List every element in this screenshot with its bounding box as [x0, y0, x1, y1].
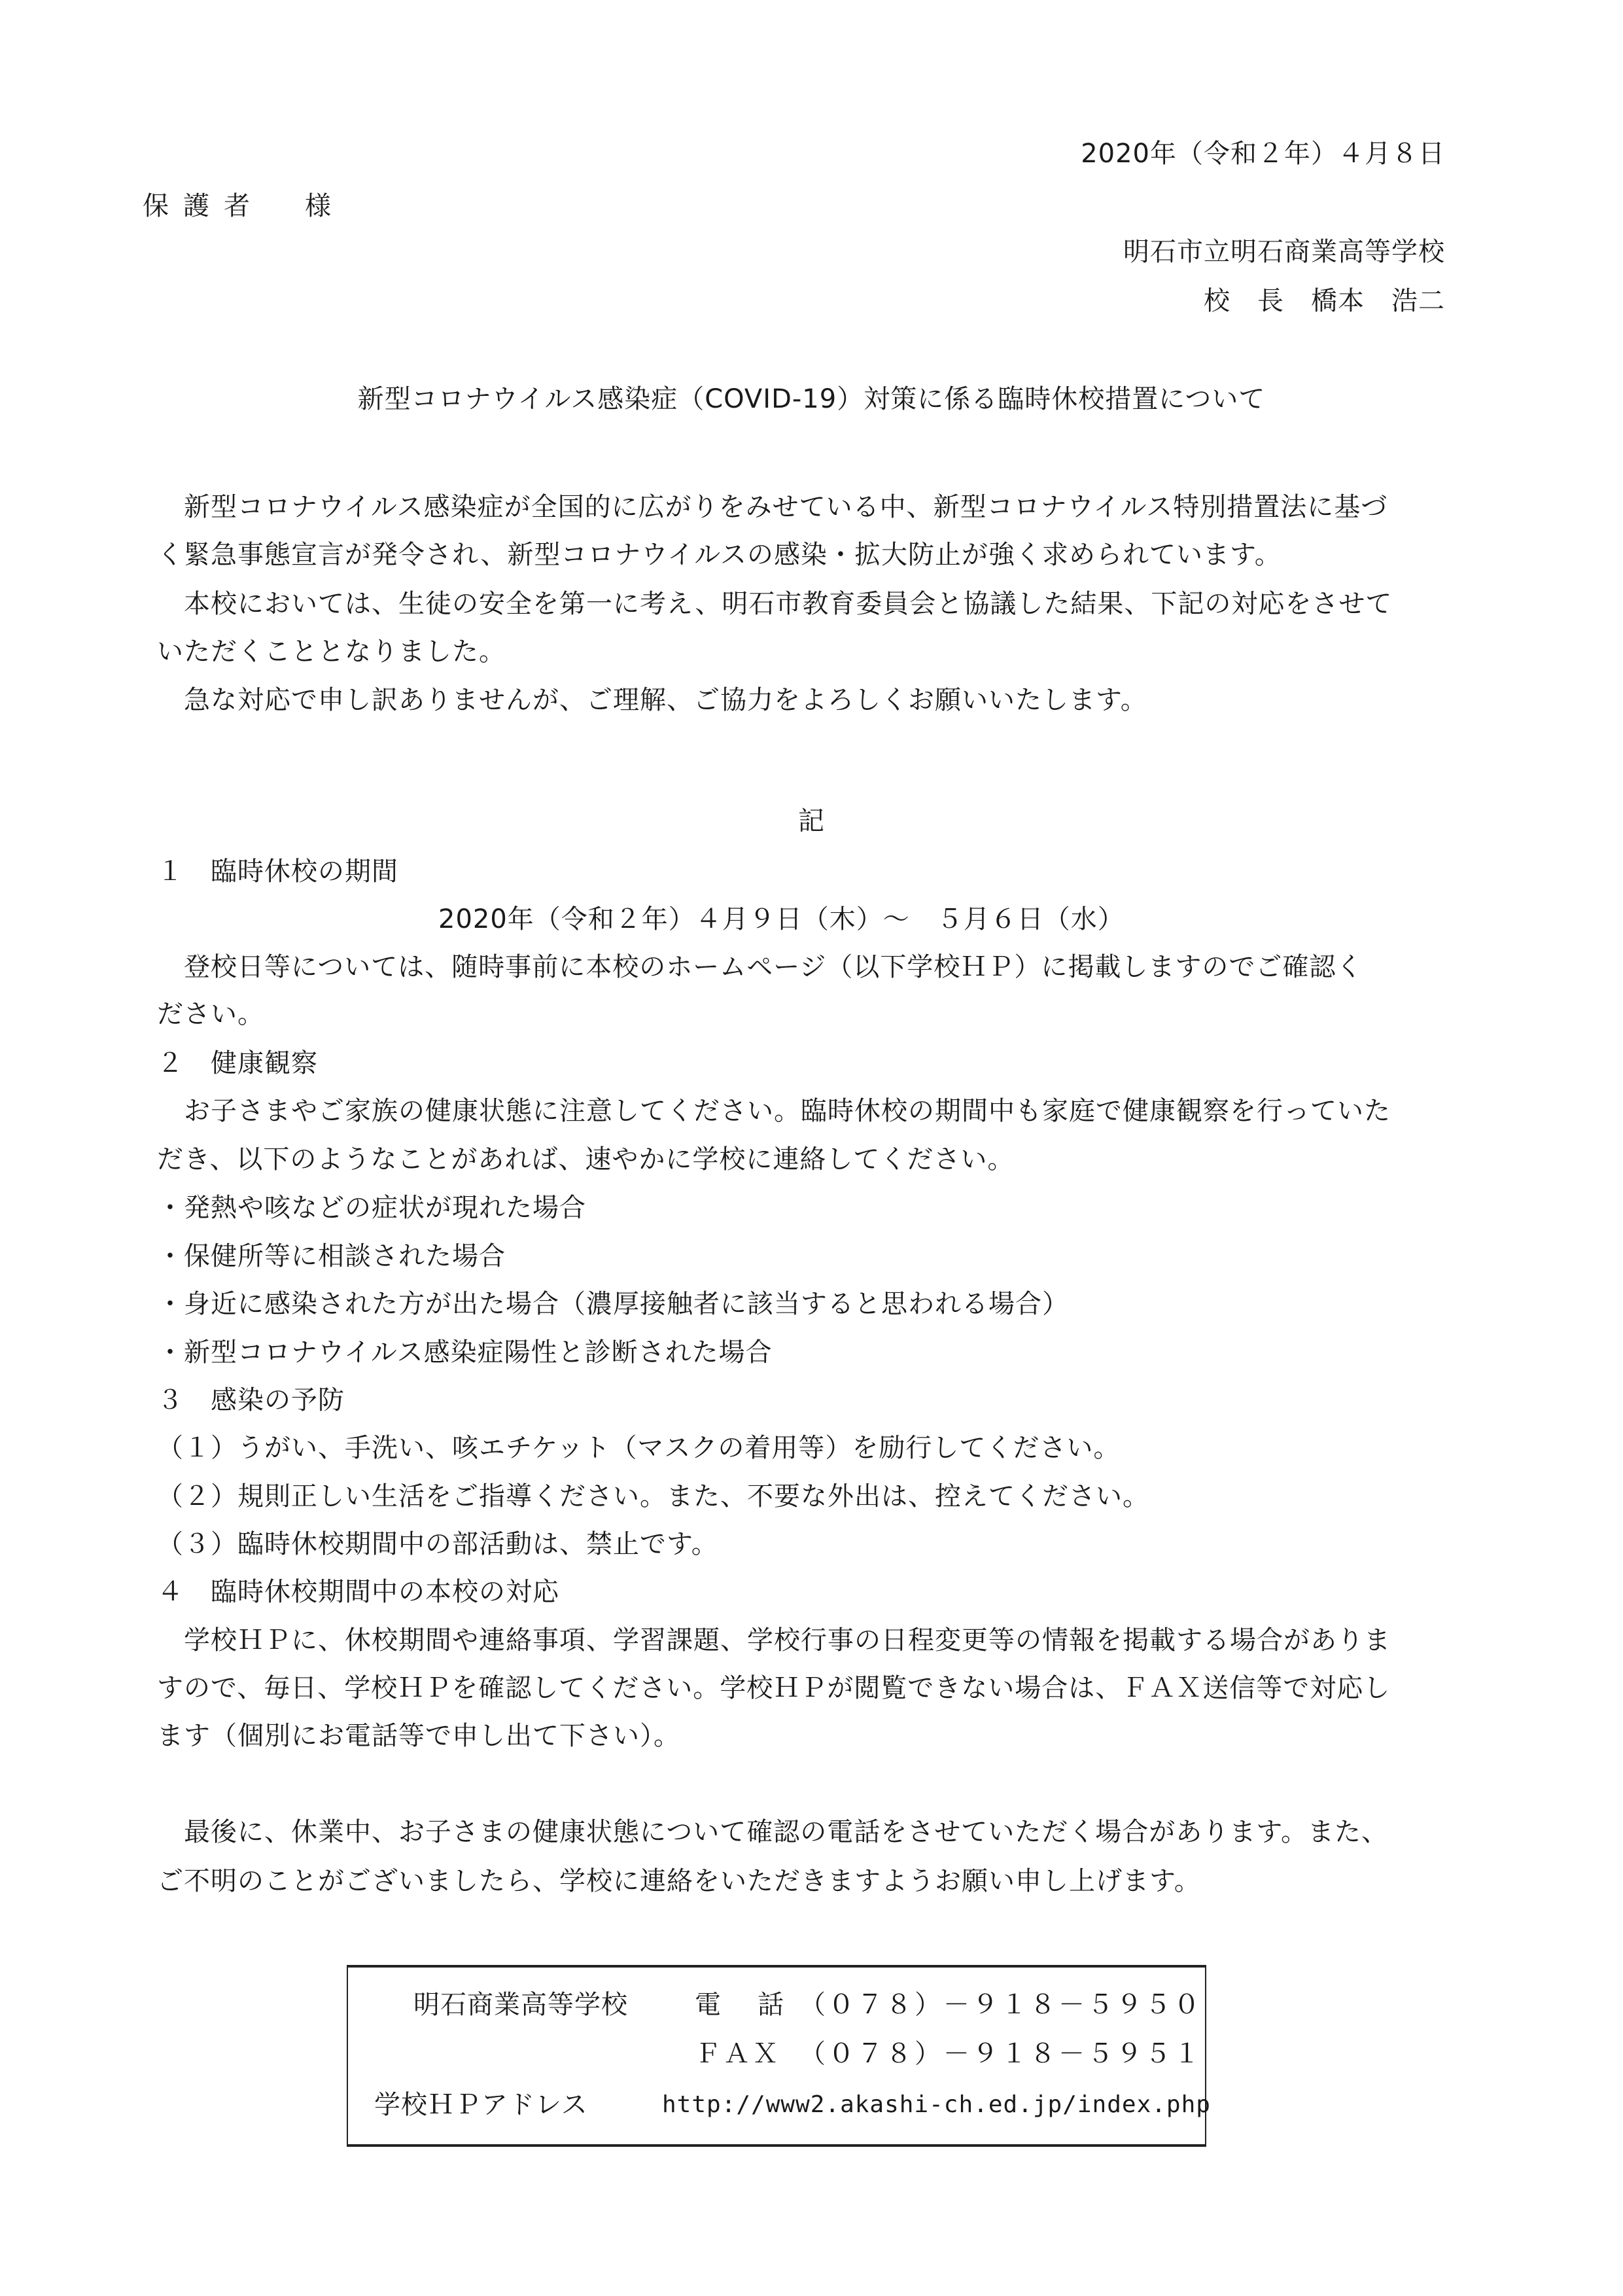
- closing-line: 最後に、休業中、お子さまの健康状態について確認の電話をさせていただく場合がありま…: [157, 1819, 1388, 1845]
- addressee: 保護者 様: [143, 193, 345, 219]
- numbered-item: （３）臨時休校期間中の部活動は、禁止です。: [157, 1531, 718, 1557]
- section-line: 学校ＨＰに、休校期間や連絡事項、学習課題、学校行事の日程変更等の情報を掲載する場…: [157, 1627, 1391, 1653]
- closing-line: ご不明のことがございましたら、学校に連絡をいただきますようお願い申し上げます。: [157, 1868, 1201, 1894]
- section-line: お子さまやご家族の健康状態に注意してください。臨時休校の期間中も家庭で健康観察を…: [157, 1098, 1391, 1124]
- hp-label: 学校ＨＰアドレス: [374, 2092, 588, 2118]
- section-line: ます（個別にお電話等で申し出て下さい）。: [157, 1723, 680, 1749]
- intro-line: 本校においては、生徒の安全を第一に考え、明石市教育委員会と協議した結果、下記の対…: [157, 591, 1392, 617]
- contact-school-name: 明石商業高等学校: [413, 1992, 628, 2018]
- phone-number: （０７８）－９１８－５９５０: [799, 1992, 1202, 2018]
- contact-box: 明石商業高等学校 電 話 （０７８）－９１８－５９５０ ＦＡＸ （０７８）－９１…: [347, 1965, 1206, 2147]
- section-line: すので、毎日、学校ＨＰを確認してください。学校ＨＰが閲覧できない場合は、ＦＡＸ送…: [157, 1675, 1390, 1701]
- hp-url[interactable]: http://www2.akashi-ch.ed.jp/index.php: [662, 2093, 1211, 2117]
- closure-period: 2020年（令和２年）４月９日（木）～ ５月６日（水）: [438, 906, 1125, 932]
- sender-principal: 校 長 橋本 浩二: [1204, 288, 1445, 314]
- document-title: 新型コロナウイルス感染症（COVID-19）対策に係る臨時休校措置について: [0, 386, 1623, 412]
- section-heading: ４ 臨時休校期間中の本校の対応: [157, 1579, 559, 1605]
- phone-label: 電 話: [695, 1992, 789, 2018]
- ki-heading: 記: [0, 808, 1623, 834]
- fax-number: （０７８）－９１８－５９５１: [799, 2041, 1202, 2067]
- bullet-item: ・発熱や咳などの症状が現れた場合: [157, 1195, 586, 1221]
- numbered-item: （２）規則正しい生活をご指導ください。また、不要な外出は、控えてください。: [157, 1483, 1149, 1510]
- section-heading: ２ 健康観察: [157, 1050, 318, 1076]
- intro-line: く緊急事態宣言が発令され、新型コロナウイルスの感染・拡大防止が強く求められていま…: [157, 542, 1282, 568]
- numbered-item: （１）うがい、手洗い、咳エチケット（マスクの着用等）を励行してください。: [157, 1435, 1120, 1461]
- bullet-item: ・身近に感染された方が出た場合（濃厚接触者に該当すると思われる場合）: [157, 1291, 1069, 1317]
- intro-line: 急な対応で申し訳ありませんが、ご理解、ご協力をよろしくお願いいたします。: [157, 687, 1147, 713]
- intro-line: いただくこととなりました。: [157, 639, 506, 665]
- bullet-item: ・新型コロナウイルス感染症陽性と診断された場合: [157, 1339, 773, 1366]
- bullet-item: ・保健所等に相談された場合: [157, 1243, 506, 1269]
- section-heading: １ 臨時休校の期間: [157, 858, 398, 885]
- section-line: だき、以下のようなことがあれば、速やかに学校に連絡してください。: [157, 1146, 1014, 1173]
- sender-school: 明石市立明石商業高等学校: [1123, 239, 1445, 265]
- letter-date: 2020年（令和２年）４月８日: [1081, 141, 1445, 167]
- section-line: ださい。: [157, 1001, 264, 1027]
- section-heading: ３ 感染の予防: [157, 1387, 345, 1413]
- fax-label: ＦＡＸ: [695, 2041, 781, 2067]
- section-line: 登校日等については、随時事前に本校のホームページ（以下学校ＨＰ）に掲載しますので…: [157, 954, 1363, 980]
- intro-line: 新型コロナウイルス感染症が全国的に広がりをみせている中、新型コロナウイルス特別措…: [157, 494, 1387, 520]
